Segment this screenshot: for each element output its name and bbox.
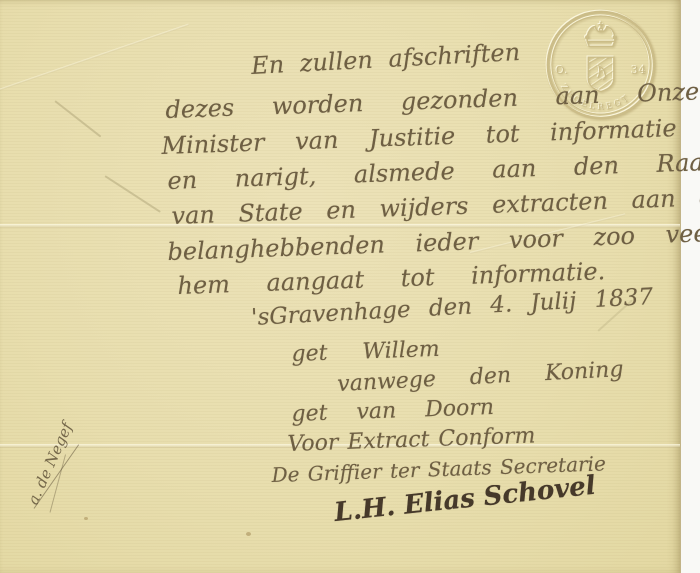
paper-sheet: O. 34 ZEGELREGT En zullen afschriften de… bbox=[0, 0, 681, 573]
get-van-doorn-line: get van Doorn bbox=[291, 395, 494, 427]
paper-speck bbox=[84, 517, 88, 520]
get-willem-line: get Willem bbox=[291, 337, 440, 367]
manuscript-line-opening: En zullen afschriften bbox=[251, 38, 521, 80]
fold-crease-diagonal bbox=[0, 24, 189, 94]
scanned-document-page: { "document": { "lines": [ "En zullen af… bbox=[0, 0, 700, 573]
ink-bleedthrough-mark bbox=[54, 100, 101, 137]
ink-bleedthrough-mark bbox=[104, 175, 160, 213]
seal-value-left: O. bbox=[556, 64, 570, 77]
seal-value-right: 34 bbox=[631, 64, 647, 77]
margin-note: a. de Negef bbox=[24, 420, 76, 507]
paper-speck bbox=[246, 532, 251, 536]
voor-extract-conform-line: Voor Extract Conform bbox=[287, 423, 536, 457]
crown-icon bbox=[586, 22, 616, 47]
